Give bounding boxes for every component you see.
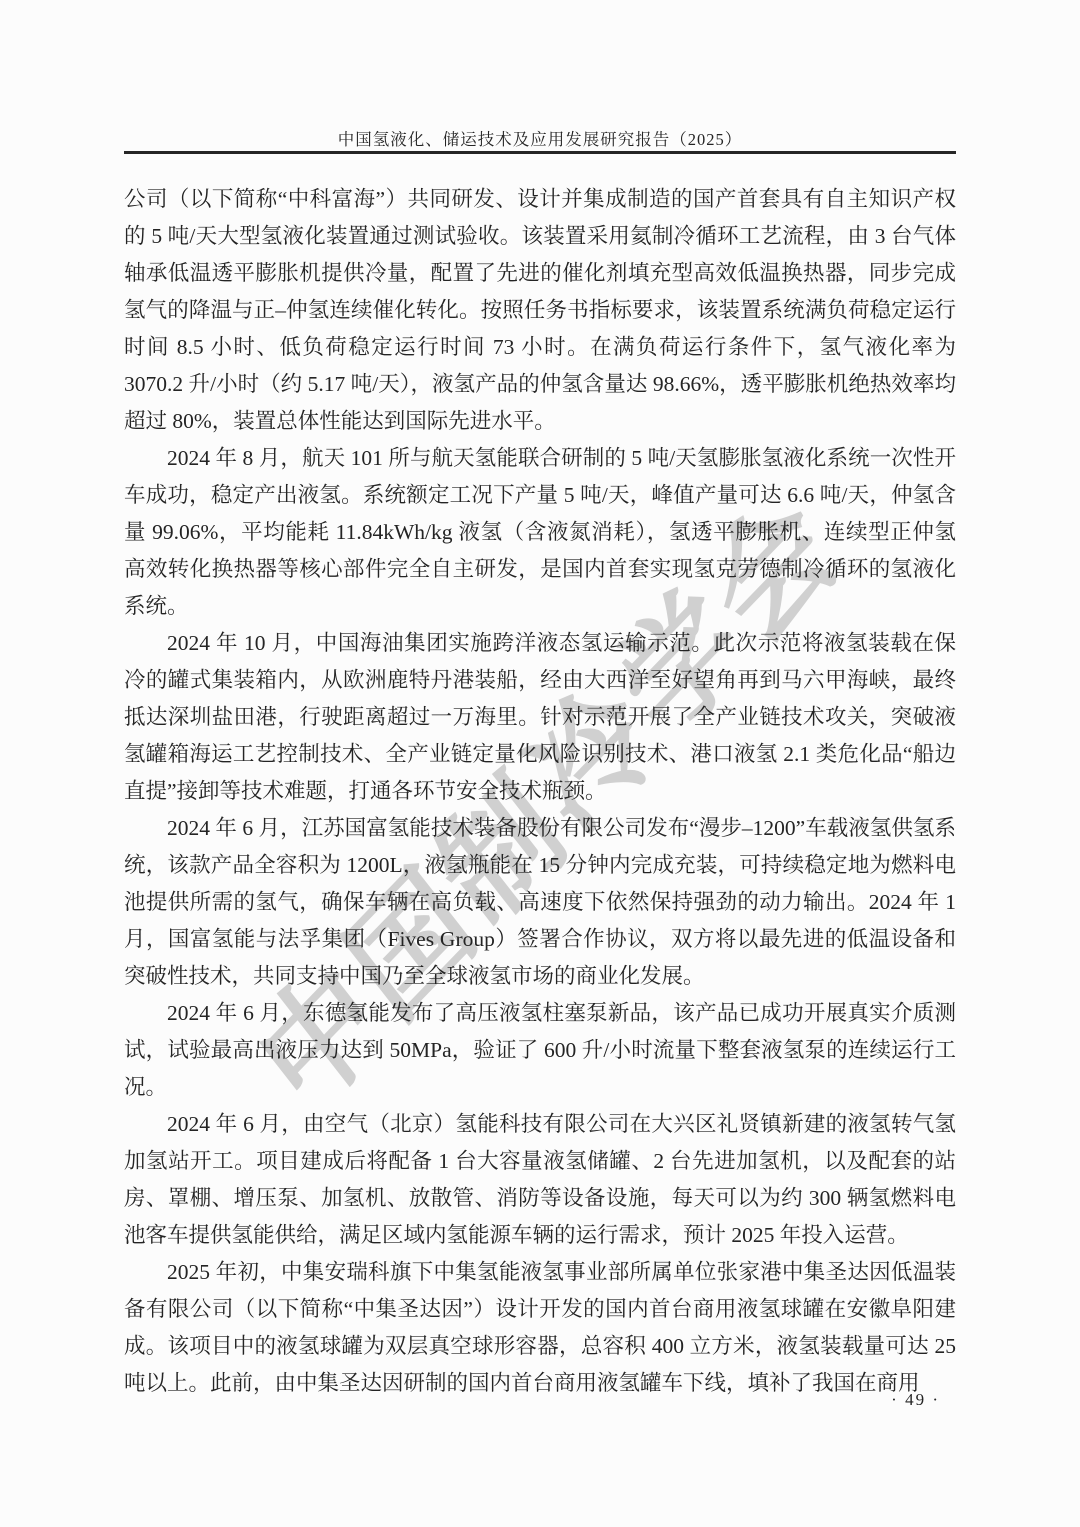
page-header-title: 中国氢液化、储运技术及应用发展研究报告（2025）: [0, 126, 1080, 150]
paragraph: 2024 年 6 月，由空气（北京）氢能科技有限公司在大兴区礼贤镇新建的液氢转气…: [124, 1106, 956, 1254]
paragraph: 2024 年 8 月，航天 101 所与航天氢能联合研制的 5 吨/天氢膨胀氢液…: [124, 440, 956, 625]
paragraph: 2024 年 6 月，东德氢能发布了高压液氢柱塞泵新品，该产品已成功开展真实介质…: [124, 995, 956, 1106]
header-rule: [124, 151, 956, 154]
page-number: · 49 ·: [124, 1390, 940, 1410]
paragraph: 公司（以下简称“中科富海”）共同研发、设计并集成制造的国产首套具有自主知识产权的…: [124, 181, 956, 440]
paragraph: 2024 年 6 月，江苏国富氢能技术装备股份有限公司发布“漫步–1200”车载…: [124, 810, 956, 995]
paragraph: 2025 年初，中集安瑞科旗下中集氢能液氢事业部所属单位张家港中集圣达因低温装备…: [124, 1254, 956, 1402]
body-text: 公司（以下简称“中科富海”）共同研发、设计并集成制造的国产首套具有自主知识产权的…: [124, 181, 956, 1402]
paragraph: 2024 年 10 月，中国海油集团实施跨洋液态氢运输示范。此次示范将液氢装载在…: [124, 625, 956, 810]
document-page: 中国氢液化、储运技术及应用发展研究报告（2025） 中国制冷学会 公司（以下简称…: [0, 0, 1080, 1527]
